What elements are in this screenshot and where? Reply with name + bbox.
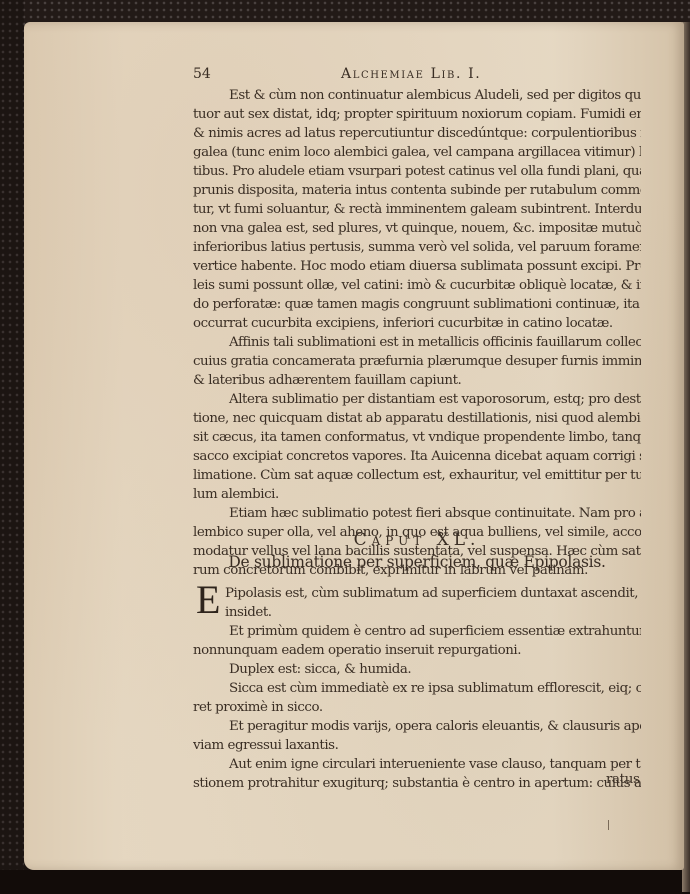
- text-line: nonnunquam eadem operatio inseruit repur…: [193, 641, 641, 660]
- text-line: limatione. Cùm sat aquæ collectum est, e…: [193, 466, 641, 485]
- text-line: Affinis tali sublimationi est in metalli…: [193, 333, 641, 352]
- text-line: galea (tunc enim loco alembici galea, ve…: [193, 143, 641, 162]
- text-line: cuius gratia concamerata præfurnia plæru…: [193, 352, 641, 371]
- text-line: Pipolasis est, cùm sublimatum ad superfi…: [193, 584, 641, 603]
- text-line: ret proximè in sicco.: [193, 698, 641, 717]
- text-line: Etiam hæc sublimatio potest fieri absque…: [193, 504, 641, 523]
- text-line: Et peragitur modis varijs, opera caloris…: [193, 717, 641, 736]
- page-number: 54: [193, 66, 211, 82]
- binding-cloth-left: [0, 0, 24, 894]
- text-line: sacco excipiat concretos vapores. Ita Au…: [193, 447, 641, 466]
- text-line: Sicca est cùm immediatè ex re ipsa subli…: [193, 679, 641, 698]
- paragraph-block-chapter: Pipolasis est, cùm sublimatum ad superfi…: [193, 584, 641, 793]
- text-line: tibus. Pro aludele etiam vsurpari potest…: [193, 162, 641, 181]
- text-line: tione, nec quicquam distat ab apparatu d…: [193, 409, 641, 428]
- chapter-subtitle: De sublimatione per superficiem, quæ Epi…: [193, 553, 641, 571]
- text-line: & lateribus adhærentem fauillam capiunt.: [193, 371, 641, 390]
- text-line: non vna galea est, sed plures, vt quinqu…: [193, 219, 641, 238]
- text-line: occurrat cucurbita excipiens, inferiori …: [193, 314, 641, 333]
- chapter-heading: Caput XL.: [193, 530, 641, 550]
- catchword: ratus: [606, 770, 640, 789]
- text-line: Est & cùm non continuatur alembicus Alud…: [193, 86, 641, 105]
- paragraph-block-continuation: Est & cùm non continuatur alembicus Alud…: [193, 86, 641, 580]
- running-head-title: Alchemiae Lib. I.: [341, 66, 481, 82]
- text-line: tuor aut sex distat, idq; propter spirit…: [193, 105, 641, 124]
- text-line: do perforatæ: quæ tamen magis congruunt …: [193, 295, 641, 314]
- scan-bottom-border: [0, 870, 690, 894]
- text-line: leis sumi possunt ollæ, vel catini: imò …: [193, 276, 641, 295]
- text-line: viam egressui laxantis.: [193, 736, 641, 755]
- text-line: inferioribus latius pertusis, summa verò…: [193, 238, 641, 257]
- text-line: lum alembici.: [193, 485, 641, 504]
- text-line: Et primùm quidem è centro ad superficiem…: [193, 622, 641, 641]
- paper-mark: [608, 820, 609, 830]
- text-line: sit cæcus, ita tamen conformatus, vt vnd…: [193, 428, 641, 447]
- text-line: Altera sublimatio per distantiam est vap…: [193, 390, 641, 409]
- text-line: Duplex est: sicca, & humida.: [193, 660, 641, 679]
- text-line: Aut enim igne circulari interueniente va…: [193, 755, 641, 774]
- text-line: stionem protrahitur exugiturq; substanti…: [193, 774, 641, 793]
- text-line: prunis disposita, materia intus contenta…: [193, 181, 641, 200]
- text-line: tur, vt fumi soluantur, & rectà imminent…: [193, 200, 641, 219]
- text-line: insidet.: [193, 603, 641, 622]
- text-line: vertice habente. Hoc modo etiam diuersa …: [193, 257, 641, 276]
- text-line: & nimis acres ad latus repercutiuntur di…: [193, 124, 641, 143]
